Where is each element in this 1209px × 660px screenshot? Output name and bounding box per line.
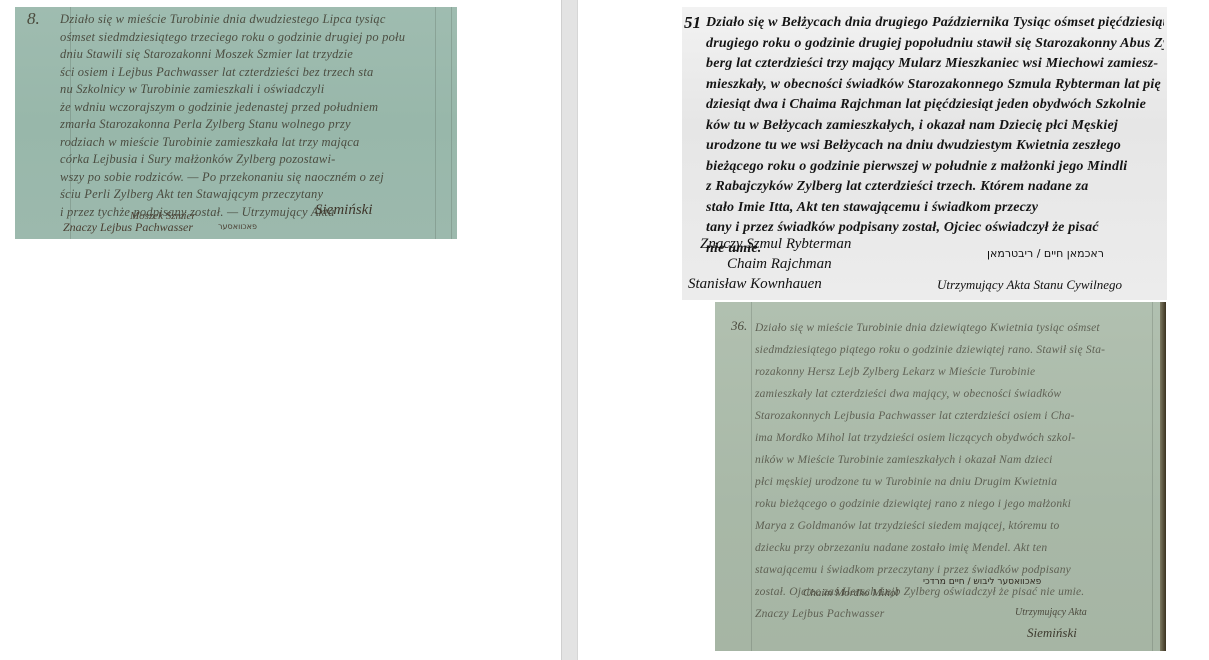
signature: Utrzymujący Akta (1015, 607, 1087, 618)
text-line: ośmset siedmdziesiątego trzeciego roku o… (60, 29, 430, 47)
text-line: Działo się w Bełżycach dnia drugiego Paź… (706, 13, 1164, 34)
registrar-signature: Utrzymujący Akta Stanu Cywilnego (937, 277, 1122, 293)
record-scan-image-51[interactable]: 51 Działo się w Bełżycach dnia drugiego … (682, 7, 1167, 300)
text-line: ników w Mieście Turobinie zamieszkałych … (755, 449, 1151, 471)
signature: Chaim Mordko Mihol (803, 587, 899, 599)
record-number: 51 (684, 13, 701, 33)
text-line: z Rabajczyków Zylberg lat czterdzieści t… (706, 177, 1164, 198)
text-line: mieszkały, w obecności świadków Starozak… (706, 75, 1164, 96)
hebrew-signature: פאכוואסער ליבוש / חיים מרדכי (923, 577, 1041, 587)
text-line: nu Szkolnicy w Turobinie zamieszkali i o… (60, 81, 430, 99)
signature: Chaim Rajchman (727, 256, 832, 273)
right-results-pane: 51 Działo się w Bełżycach dnia drugiego … (578, 0, 1209, 660)
pane-divider[interactable] (561, 0, 578, 660)
text-line: ści osiem i Lejbus Pachwasser lat czterd… (60, 64, 430, 82)
book-binding-edge (1160, 302, 1166, 651)
record-scan-image-8[interactable]: 8. Działo się w mieście Turobinie dnia d… (15, 7, 457, 239)
text-line: że wdniu wczorajszym o godzinie jedenast… (60, 99, 430, 117)
text-line: siedmdziesiątego piątego roku o godzinie… (755, 339, 1151, 361)
text-line: Starozakonnych Lejbusia Pachwasser lat c… (755, 405, 1151, 427)
text-line: dziecku przy obrzezaniu nadane zostało i… (755, 537, 1151, 559)
left-results-pane: 8. Działo się w mieście Turobinie dnia d… (0, 0, 561, 660)
text-line: płci męskiej urodzone tu w Turobinie na … (755, 471, 1151, 493)
text-line: urodzone tu we wsi Bełżycach na dniu dwu… (706, 136, 1164, 157)
text-line: zamieszkały lat czterdzieści dwa mający,… (755, 383, 1151, 405)
text-line: wszy po sobie rodziców. — Po przekonaniu… (60, 169, 430, 187)
signature: Znaczy Lejbus Pachwasser (63, 220, 193, 235)
registrar-signature: Siemiński (315, 202, 373, 219)
text-line: zmarła Starozakonna Perla Zylberg Stanu … (60, 116, 430, 134)
hebrew-signature: פאכוואסער (218, 222, 257, 231)
text-line: rodziach w mieście Turobinie zamieszkała… (60, 134, 430, 152)
signature: Znaczy Szmul Rybterman (700, 236, 851, 253)
record-number: 8. (27, 9, 40, 29)
text-line: i przez tychże podpisany został. — Utrzy… (60, 204, 430, 222)
text-line: bieżącego roku o godzinie pierwszej w po… (706, 157, 1164, 178)
text-line: dziesiąt dwa i Chaima Rajchman lat pięćd… (706, 95, 1164, 116)
margin-line (751, 302, 752, 651)
text-line: ków tu w Bełżycach zamieszkałych, i okaz… (706, 116, 1164, 137)
text-line: drugiego roku o godzinie drugiej popołud… (706, 34, 1164, 55)
record-scan-image-36[interactable]: 36. Działo się w mieście Turobinie dnia … (715, 302, 1166, 651)
text-line: Znaczy Lejbus Pachwasser (755, 603, 1151, 625)
hebrew-signature: ראכמאן חיים / ריבטרמאן (987, 247, 1104, 260)
text-line: berg lat czterdzieści trzy mający Mularz… (706, 54, 1164, 75)
text-line: Marya z Goldmanów lat trzydzieści siedem… (755, 515, 1151, 537)
signature: Stanisław Kownhauen (688, 276, 822, 293)
text-line: rozakonny Hersz Lejb Zylberg Lekarz w Mi… (755, 361, 1151, 383)
handwritten-text: Działo się w Bełżycach dnia drugiego Paź… (706, 13, 1164, 259)
text-line: roku bieżącego o godzinie dziewiątej ran… (755, 493, 1151, 515)
text-line: Działo się w mieście Turobinie dnia dzie… (755, 317, 1151, 339)
margin-line (435, 7, 436, 239)
handwritten-text: Działo się w mieście Turobinie dnia dwud… (60, 11, 430, 221)
margin-line (1152, 302, 1153, 651)
registrar-signature: Siemiński (1027, 625, 1077, 641)
record-number: 36. (731, 318, 747, 334)
text-line: ima Mordko Mihol lat trzydzieści osiem l… (755, 427, 1151, 449)
margin-line (451, 7, 452, 239)
text-line: córka Lejbusia i Sury małżonków Zylberg … (60, 151, 430, 169)
text-line: stało Imie Itta, Akt ten stawającemu i ś… (706, 198, 1164, 219)
text-line: Działo się w mieście Turobinie dnia dwud… (60, 11, 430, 29)
text-line: ściu Perli Zylberg Akt ten Stawającym pr… (60, 186, 430, 204)
text-line: dniu Stawili się Starozakonni Moszek Szm… (60, 46, 430, 64)
